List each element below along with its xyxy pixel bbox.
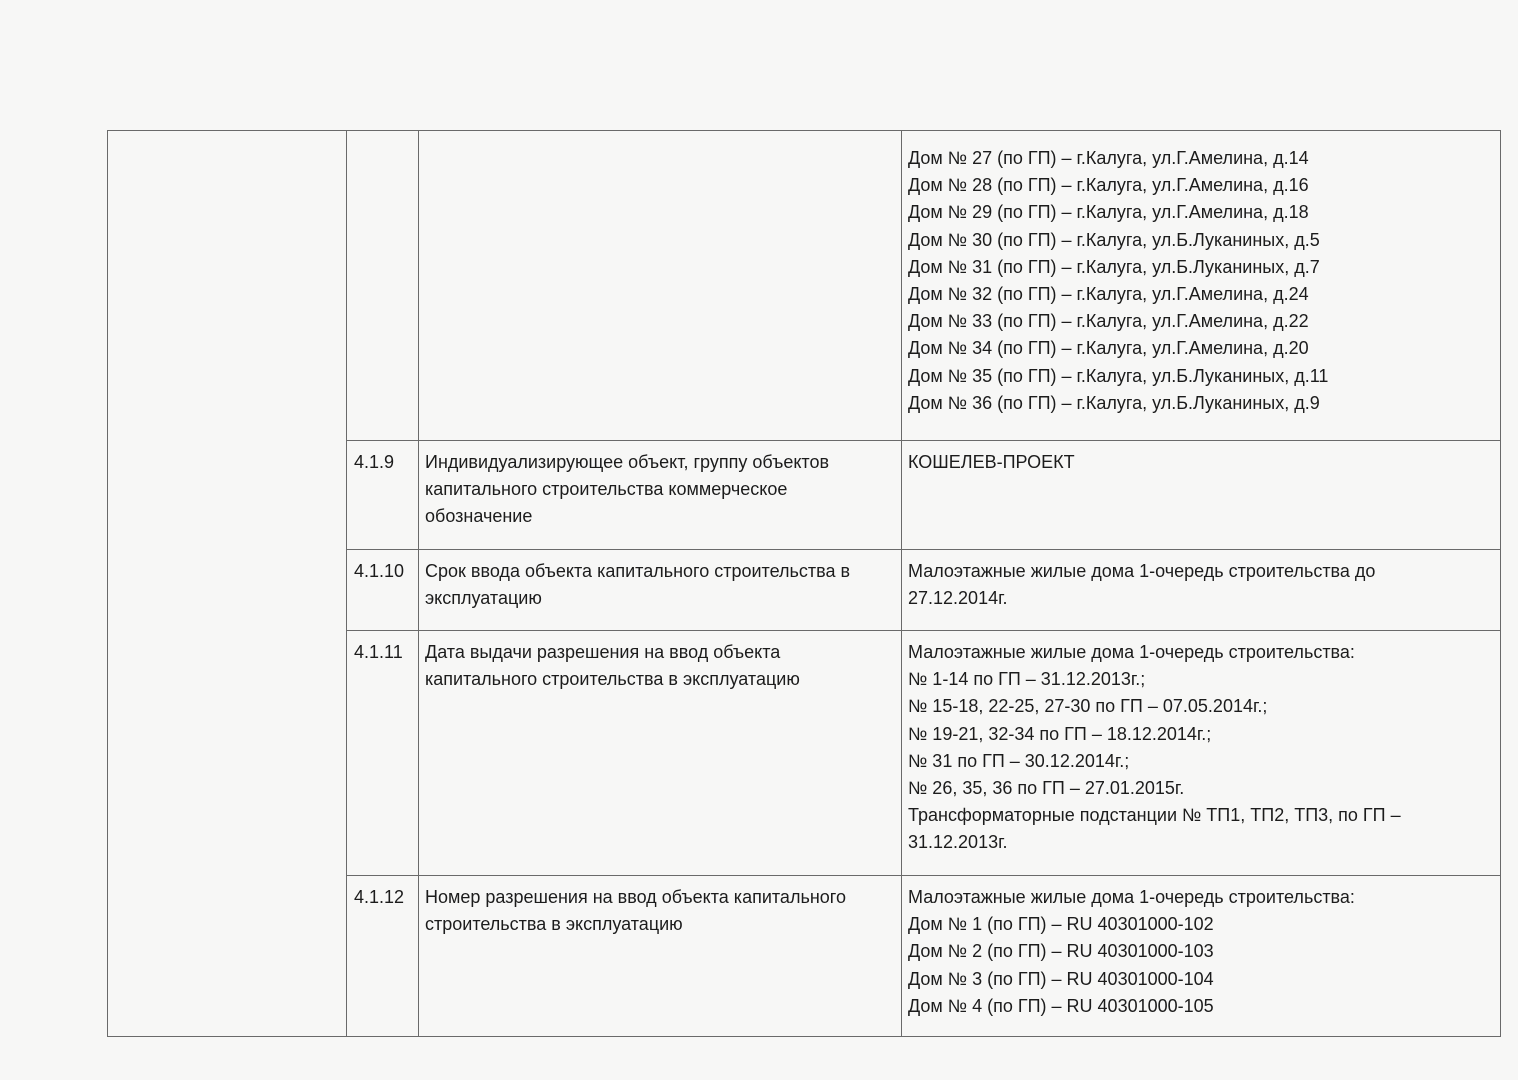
value-line: Дом № 2 (по ГП) – RU 40301000-103 [908,938,1494,965]
address-line: Дом № 28 (по ГП) – г.Калуга, ул.Г.Амелин… [908,172,1494,199]
item-number: 4.1.9 [347,441,419,550]
table-row-continued: Дом № 27 (по ГП) – г.Калуга, ул.Г.Амелин… [108,131,1501,441]
address-line: Дом № 36 (по ГП) – г.Калуга, ул.Б.Лукани… [908,390,1494,417]
item-value: Малоэтажные жилые дома 1-очередь строите… [902,876,1501,1037]
value-line: Малоэтажные жилые дома 1-очередь строите… [908,558,1494,585]
address-line: Дом № 30 (по ГП) – г.Калуга, ул.Б.Лукани… [908,227,1494,254]
value-line: Малоэтажные жилые дома 1-очередь строите… [908,639,1494,666]
value-line: № 26, 35, 36 по ГП – 27.01.2015г. [908,775,1494,802]
address-line: Дом № 33 (по ГП) – г.Калуга, ул.Г.Амелин… [908,308,1494,335]
value-line: Дом № 4 (по ГП) – RU 40301000-105 [908,993,1494,1020]
value-cell: Дом № 27 (по ГП) – г.Калуга, ул.Г.Амелин… [902,131,1501,441]
address-line: Дом № 31 (по ГП) – г.Калуга, ул.Б.Лукани… [908,254,1494,281]
address-line: Дом № 34 (по ГП) – г.Калуга, ул.Г.Амелин… [908,335,1494,362]
item-label: Индивидуализирующее объект, группу объек… [419,441,902,550]
number-cell [347,131,419,441]
address-line: Дом № 32 (по ГП) – г.Калуга, ул.Г.Амелин… [908,281,1494,308]
section-cell [108,131,347,1037]
value-line: Трансформаторные подстанции № ТП1, ТП2, … [908,802,1494,829]
item-label: Номер разрешения на ввод объекта капитал… [419,876,902,1037]
value-line: № 1-14 по ГП – 31.12.2013г.; [908,666,1494,693]
item-number: 4.1.12 [347,876,419,1037]
item-label: Срок ввода объекта капитального строител… [419,550,902,631]
address-line: Дом № 35 (по ГП) – г.Калуга, ул.Б.Лукани… [908,363,1494,390]
value-line: № 19-21, 32-34 по ГП – 18.12.2014г.; [908,721,1494,748]
value-line: 27.12.2014г. [908,585,1494,612]
value-line: Дом № 3 (по ГП) – RU 40301000-104 [908,966,1494,993]
item-label: Дата выдачи разрешения на ввод объекта к… [419,631,902,876]
item-value: Малоэтажные жилые дома 1-очередь строите… [902,631,1501,876]
document-table: Дом № 27 (по ГП) – г.Калуга, ул.Г.Амелин… [107,130,1501,1037]
value-line: Малоэтажные жилые дома 1-очередь строите… [908,884,1494,911]
item-value: КОШЕЛЕВ-ПРОЕКТ [902,441,1501,550]
item-value: Малоэтажные жилые дома 1-очередь строите… [902,550,1501,631]
value-line: 31.12.2013г. [908,829,1494,856]
value-line: КОШЕЛЕВ-ПРОЕКТ [908,449,1494,476]
label-cell [419,131,902,441]
item-number: 4.1.11 [347,631,419,876]
value-line: Дом № 1 (по ГП) – RU 40301000-102 [908,911,1494,938]
value-line: № 15-18, 22-25, 27-30 по ГП – 07.05.2014… [908,693,1494,720]
address-line: Дом № 29 (по ГП) – г.Калуга, ул.Г.Амелин… [908,199,1494,226]
address-line: Дом № 27 (по ГП) – г.Калуга, ул.Г.Амелин… [908,145,1494,172]
value-line: № 31 по ГП – 30.12.2014г.; [908,748,1494,775]
item-number: 4.1.10 [347,550,419,631]
